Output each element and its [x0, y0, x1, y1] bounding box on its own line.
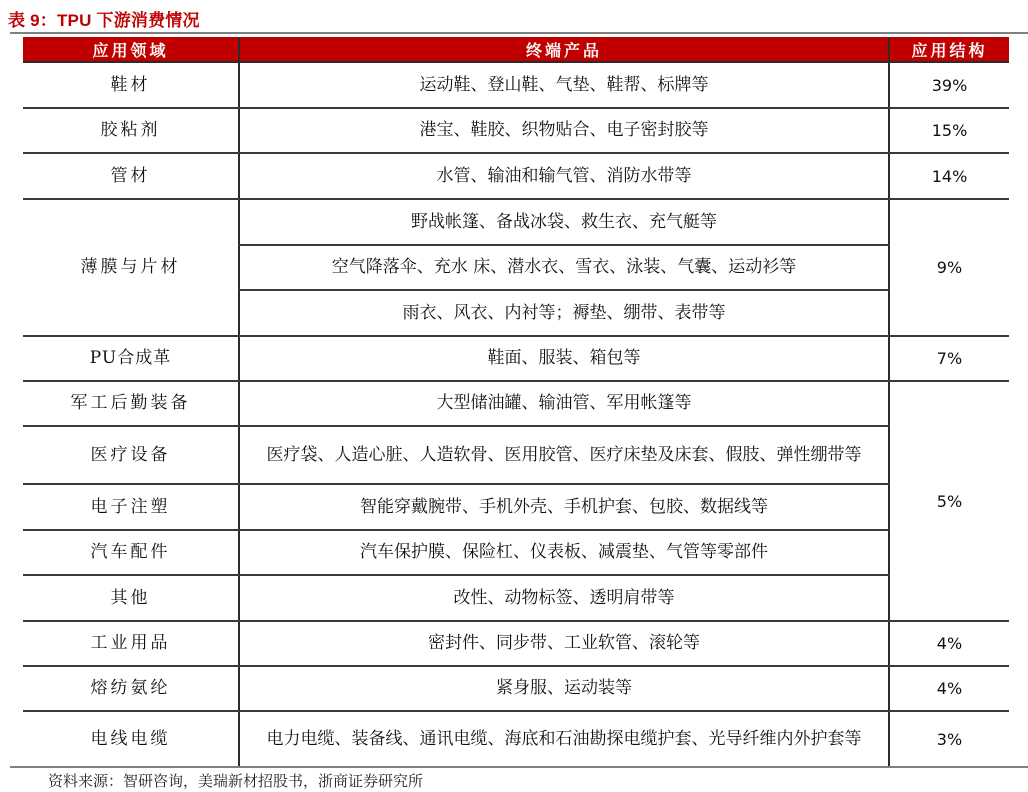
table-row: 管材 水管、输油和输气管、消防水带等 14%: [23, 153, 1009, 199]
category-cell: 其他: [23, 575, 239, 621]
category-cell: PU合成革: [23, 336, 239, 381]
share-cell: 7%: [889, 336, 1009, 381]
share-cell: 39%: [889, 62, 1009, 108]
source-note: 资料来源：智研咨询，美瑞新材招股书，浙商证券研究所: [48, 770, 423, 791]
table-header-row: 应用领域 终端产品 应用结构: [23, 37, 1009, 62]
products-cell: 医疗袋、人造心脏、人造软骨、医用胶管、医疗床垫及床套、假肢、弹性绷带等: [239, 426, 889, 484]
products-cell: 鞋面、服装、箱包等: [239, 336, 889, 381]
products-cell: 空气降落伞、充水 床、潜水衣、雪衣、泳装、气囊、运动衫等: [239, 245, 889, 290]
category-cell: 胶粘剂: [23, 108, 239, 153]
table-row: 熔纺氨纶 紧身服、运动装等 4%: [23, 666, 1009, 711]
tpu-consumption-table: 应用领域 终端产品 应用结构 鞋材 运动鞋、登山鞋、气垫、鞋帮、标牌等 39% …: [23, 37, 1009, 767]
header-application-field: 应用领域: [23, 37, 239, 62]
table-row: 军工后勤装备 大型储油罐、输油管、军用帐篷等 5%: [23, 381, 1009, 426]
products-cell: 雨衣、风衣、内衬等；褥垫、绷带、表带等: [239, 290, 889, 336]
table-title: 表 9：TPU 下游消费情况: [8, 6, 200, 31]
share-cell: 4%: [889, 666, 1009, 711]
table-row: 胶粘剂 港宝、鞋胶、织物贴合、电子密封胶等 15%: [23, 108, 1009, 153]
category-cell: 薄膜与片材: [23, 199, 239, 336]
products-cell: 港宝、鞋胶、织物贴合、电子密封胶等: [239, 108, 889, 153]
products-cell: 紧身服、运动装等: [239, 666, 889, 711]
category-cell: 汽车配件: [23, 530, 239, 575]
products-cell: 电力电缆、装备线、通讯电缆、海底和石油勘探电缆护套、光导纤维内外护套等: [239, 711, 889, 767]
products-cell: 水管、输油和输气管、消防水带等: [239, 153, 889, 199]
title-divider: [10, 32, 1028, 34]
table-row: 薄膜与片材 野战帐篷、备战冰袋、救生衣、充气艇等 9%: [23, 199, 1009, 245]
category-cell: 熔纺氨纶: [23, 666, 239, 711]
category-cell: 管材: [23, 153, 239, 199]
share-cell: 14%: [889, 153, 1009, 199]
table-row: 电线电缆 电力电缆、装备线、通讯电缆、海底和石油勘探电缆护套、光导纤维内外护套等…: [23, 711, 1009, 767]
category-cell: 电线电缆: [23, 711, 239, 767]
table-row: 其他 改性、动物标签、透明肩带等: [23, 575, 1009, 621]
table-row: 医疗设备 医疗袋、人造心脏、人造软骨、医用胶管、医疗床垫及床套、假肢、弹性绷带等: [23, 426, 1009, 484]
share-cell: 4%: [889, 621, 1009, 666]
table-row: 电子注塑 智能穿戴腕带、手机外壳、手机护套、包胶、数据线等: [23, 484, 1009, 530]
products-cell: 运动鞋、登山鞋、气垫、鞋帮、标牌等: [239, 62, 889, 108]
category-cell: 鞋材: [23, 62, 239, 108]
category-cell: 军工后勤装备: [23, 381, 239, 426]
category-cell: 工业用品: [23, 621, 239, 666]
table-row: 鞋材 运动鞋、登山鞋、气垫、鞋帮、标牌等 39%: [23, 62, 1009, 108]
share-cell: 5%: [889, 381, 1009, 621]
category-cell: 电子注塑: [23, 484, 239, 530]
table-row: 工业用品 密封件、同步带、工业软管、滚轮等 4%: [23, 621, 1009, 666]
category-cell: 医疗设备: [23, 426, 239, 484]
share-cell: 15%: [889, 108, 1009, 153]
table-row: 汽车配件 汽车保护膜、保险杠、仪表板、减震垫、气管等零部件: [23, 530, 1009, 575]
products-cell: 改性、动物标签、透明肩带等: [239, 575, 889, 621]
products-cell: 智能穿戴腕带、手机外壳、手机护套、包胶、数据线等: [239, 484, 889, 530]
products-cell: 野战帐篷、备战冰袋、救生衣、充气艇等: [239, 199, 889, 245]
products-cell: 汽车保护膜、保险杠、仪表板、减震垫、气管等零部件: [239, 530, 889, 575]
products-cell: 密封件、同步带、工业软管、滚轮等: [239, 621, 889, 666]
products-cell: 大型储油罐、输油管、军用帐篷等: [239, 381, 889, 426]
share-cell: 3%: [889, 711, 1009, 767]
share-cell: 9%: [889, 199, 1009, 336]
header-end-products: 终端产品: [239, 37, 889, 62]
header-application-share: 应用结构: [889, 37, 1009, 62]
footer-divider: [10, 766, 1028, 768]
table-row: PU合成革 鞋面、服装、箱包等 7%: [23, 336, 1009, 381]
